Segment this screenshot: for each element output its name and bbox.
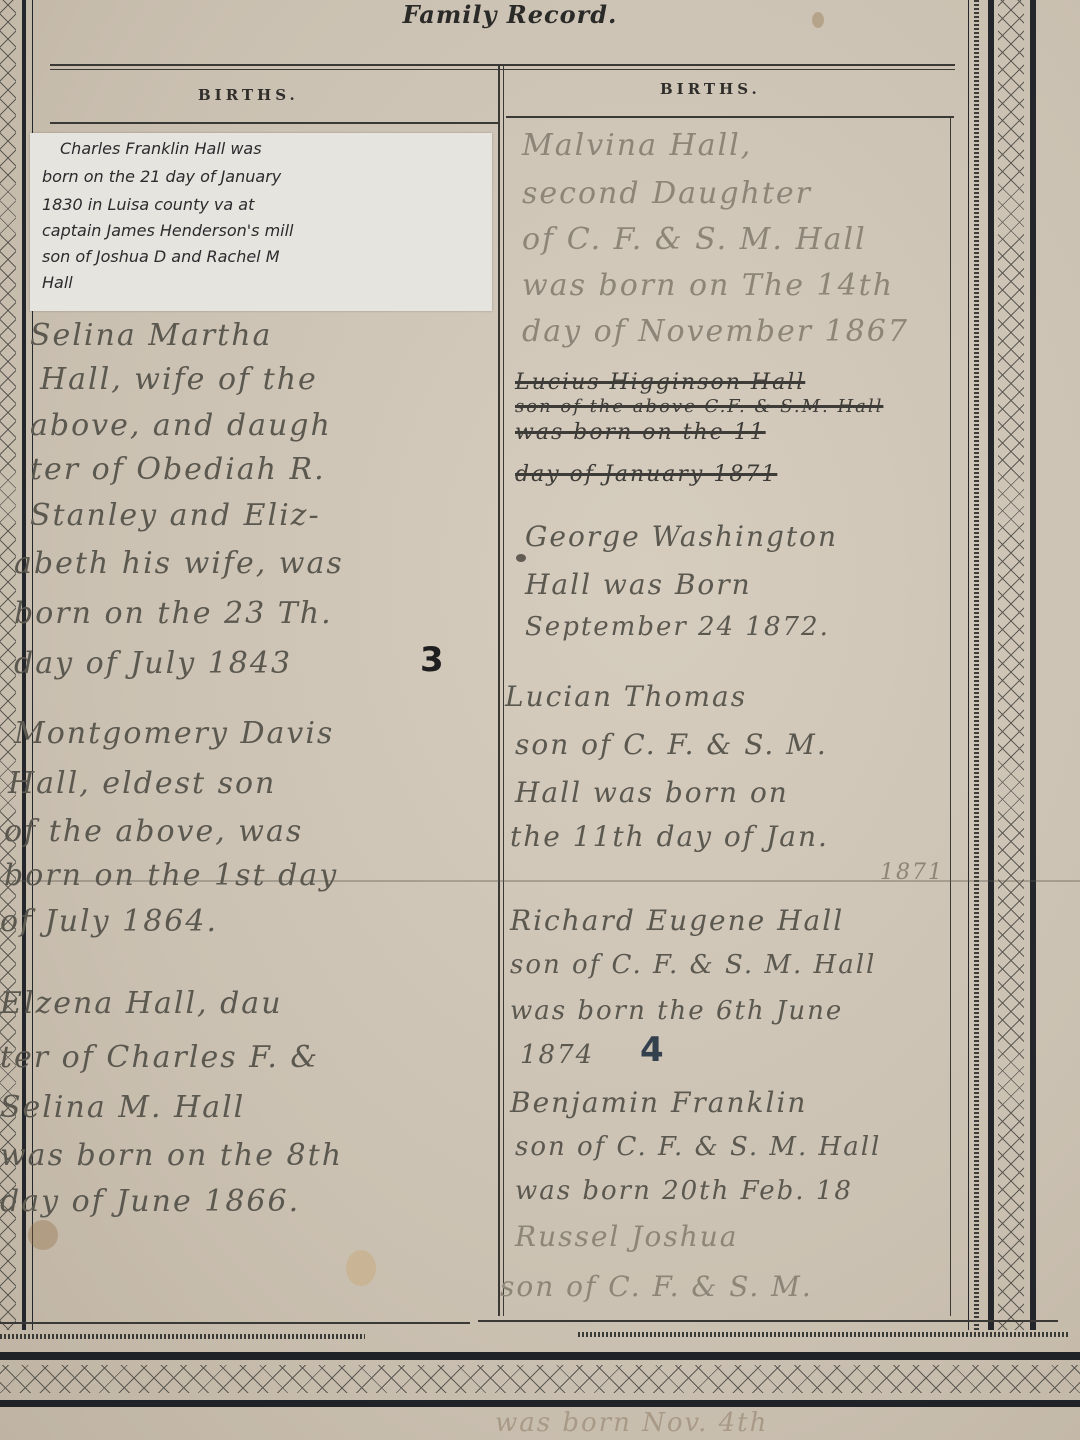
note-line: Charles Franklin Hall was (60, 139, 262, 158)
paper-stain (28, 1220, 58, 1250)
handwritten-line: Selina Martha (30, 318, 272, 353)
bottom-zigzag-rule-right (578, 1332, 1068, 1337)
note-line: 1830 in Luisa county va at (42, 195, 254, 214)
struck-handwritten-line: was born on the 11 (515, 420, 766, 445)
handwritten-line: Lucian Thomas (505, 680, 747, 713)
header-bottom-rule-right (506, 116, 954, 118)
struck-handwritten-line: son of the above C.F. & S.M. Hall (515, 396, 883, 417)
note-line: Hall (42, 273, 73, 292)
struck-handwritten-line: Lucius Higginson Hall (515, 370, 805, 395)
paper-stain (812, 12, 824, 28)
bottom-zigzag-rule-left (0, 1334, 365, 1339)
births-heading-right: BIRTHS. (660, 80, 761, 98)
handwritten-line: abeth his wife, was (14, 546, 344, 581)
header-bottom-rule-left (50, 122, 498, 124)
handwritten-line: Elzena Hall, dau (0, 986, 283, 1021)
handwritten-line: of C. F. & S. M. Hall (522, 222, 867, 257)
handwritten-line: Stanley and Eliz- (30, 498, 321, 533)
right-column-inner-border (950, 116, 951, 1316)
note-line: captain James Henderson's mill (42, 221, 293, 240)
paper-stain (346, 1250, 376, 1286)
pasted-birth-note: Charles Franklin Hall was born on the 21… (30, 133, 492, 311)
bottom-border-line-2 (0, 1400, 1080, 1407)
column-divider-2 (503, 66, 504, 1316)
handwritten-line: son of C. F. & S. M. Hall (510, 950, 876, 980)
right-outer-border-line (1030, 0, 1036, 1330)
handwritten-line: of the above, was (4, 814, 303, 849)
handwritten-line: ter of Charles F. & (0, 1040, 319, 1075)
bottom-border-line (0, 1352, 1080, 1360)
handwritten-line: Montgomery Davis (14, 716, 334, 751)
handwritten-line: second Daughter (522, 176, 812, 211)
handwritten-line: 1874 (520, 1040, 594, 1070)
handwritten-line: was born 20th Feb. 18 (515, 1176, 853, 1206)
struck-handwritten-line: day of January 1871 (515, 462, 777, 487)
handwritten-line: was born the 6th June (510, 996, 843, 1026)
handwritten-line: day of June 1866. (0, 1184, 300, 1219)
right-border-line (988, 0, 994, 1330)
handwritten-line: Selina M. Hall (0, 1090, 245, 1125)
handwritten-line: ter of Obediah R. (30, 452, 326, 487)
handwritten-line: son of C. F. & S. M. (515, 728, 828, 761)
handwritten-line: Hall, eldest son (8, 766, 276, 801)
births-heading-left: BIRTHS. (198, 86, 299, 104)
table-bottom-rule-right (478, 1320, 1058, 1322)
handwritten-line: the 11th day of Jan. (510, 820, 829, 853)
page-title: Family Record. (370, 0, 650, 29)
right-ornamental-border (998, 0, 1024, 1330)
handwritten-line: was born on The 14th (522, 268, 894, 303)
handwritten-line: Hall was born on (515, 776, 789, 809)
handwritten-line: born on the 1st day (4, 858, 338, 893)
handwritten-line: Malvina Hall, (522, 128, 752, 163)
handwritten-line: Hall was Born (525, 568, 752, 601)
right-border-thin-line (968, 0, 969, 1330)
column-divider (498, 66, 500, 1316)
table-bottom-rule-left (0, 1322, 470, 1324)
handwritten-line: above, and daugh (30, 408, 332, 443)
handwritten-line: was born on the 8th (0, 1138, 343, 1173)
right-zigzag-rule (974, 0, 979, 1330)
paper-fold (0, 880, 1080, 882)
family-record-page: Family Record. BIRTHS. BIRTHS. Charles F… (0, 0, 1080, 1440)
handwritten-line: Richard Eugene Hall (510, 904, 844, 937)
handwritten-line: Russel Joshua (515, 1220, 739, 1253)
bottom-overflow-handwriting: was born Nov. 4th (495, 1408, 768, 1438)
bottom-ornamental-border (0, 1365, 1080, 1393)
handwritten-line: of July 1864. (0, 904, 218, 939)
handwritten-line: born on the 23 Th. (14, 596, 333, 631)
note-line: born on the 21 day of January (42, 167, 281, 186)
handwritten-line: George Washington (525, 520, 838, 553)
handwritten-line: September 24 1872. (525, 612, 830, 642)
ink-blot (516, 554, 526, 562)
handwritten-line: son of C. F. & S. M. (500, 1270, 813, 1303)
ink-correction-digit: 4 (640, 1030, 664, 1070)
handwritten-line: day of November 1867 (522, 314, 909, 349)
handwritten-line: Hall, wife of the (40, 362, 318, 397)
note-line: son of Joshua D and Rachel M (42, 247, 280, 266)
handwritten-line: day of July 1843 (14, 646, 292, 681)
ink-correction-digit: 3 (420, 640, 444, 680)
handwritten-line: Benjamin Franklin (510, 1086, 807, 1119)
handwritten-line: son of C. F. & S. M. Hall (515, 1132, 881, 1162)
